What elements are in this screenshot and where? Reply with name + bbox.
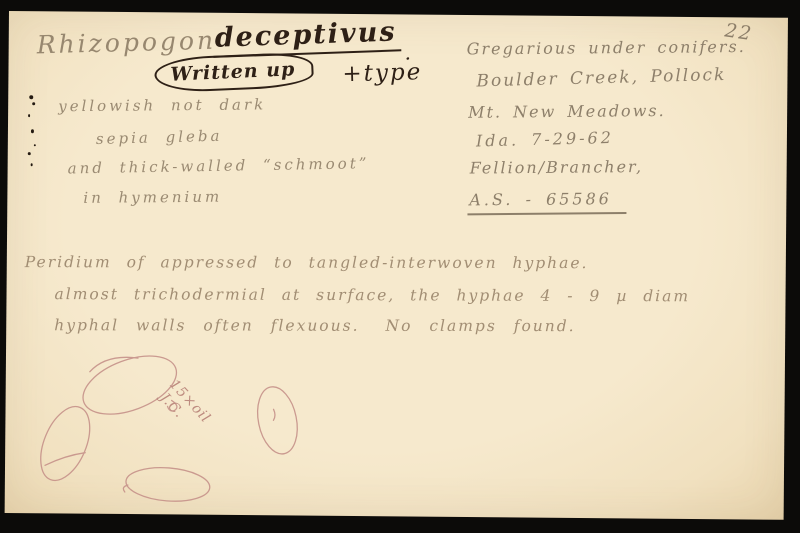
collection-locality-2: Mt. New Meadows. (468, 101, 666, 122)
species-title: deceptivus (212, 16, 401, 58)
collection-locality-1: Boulder Creek, Pollock (476, 65, 726, 92)
description-line-3a: hyphal walls often flexuous. (54, 316, 359, 335)
collection-habit: Gregarious under conifers. (467, 37, 746, 58)
description-line-1: Peridium of appressed to tangled-interwo… (25, 253, 589, 272)
ink-speck (31, 129, 34, 133)
written-up-annotation: Written up (154, 52, 314, 94)
sketch-label: 15×oil J.C. (154, 376, 213, 437)
collection-accession-number: A.S. - 65586 (467, 189, 626, 215)
spore-outline-right (252, 383, 303, 457)
collection-date: Ida. 7-29-62 (476, 128, 614, 151)
description-line-3b: No clamps found. (385, 317, 575, 335)
ink-speck (31, 163, 33, 166)
field-note-gleba: sepia gleba (96, 127, 223, 148)
field-note-hymenium: in hymenium (83, 188, 222, 207)
description-line-3: hyphal walls often flexuous.No clamps fo… (54, 316, 575, 335)
description-line-2: almost trichodermial at surface, the hyp… (55, 285, 691, 305)
ink-speck (28, 152, 31, 155)
spore-outline-bottom (125, 465, 211, 504)
index-card: Rhizopogon deceptivus . Written up +type… (5, 11, 788, 520)
field-note-color: yellowish not dark (58, 95, 266, 115)
spore-septum-line (45, 452, 85, 465)
spore-outline-teardrop (31, 399, 100, 487)
type-annotation: +type (342, 59, 422, 87)
ink-speck (32, 102, 35, 105)
ink-speck (29, 95, 33, 99)
genus-title: Rhizopogon (36, 26, 216, 60)
spore-outline-large-retrace (90, 357, 138, 372)
field-note-walls: and thick-walled “schmoot” (68, 154, 370, 177)
collection-collectors: Fellion/Brancher, (470, 157, 644, 178)
ink-speck (28, 114, 30, 117)
spore-apiculus-bottom (123, 485, 128, 492)
spore-inner-mark (273, 409, 275, 420)
ink-speck (34, 144, 36, 146)
